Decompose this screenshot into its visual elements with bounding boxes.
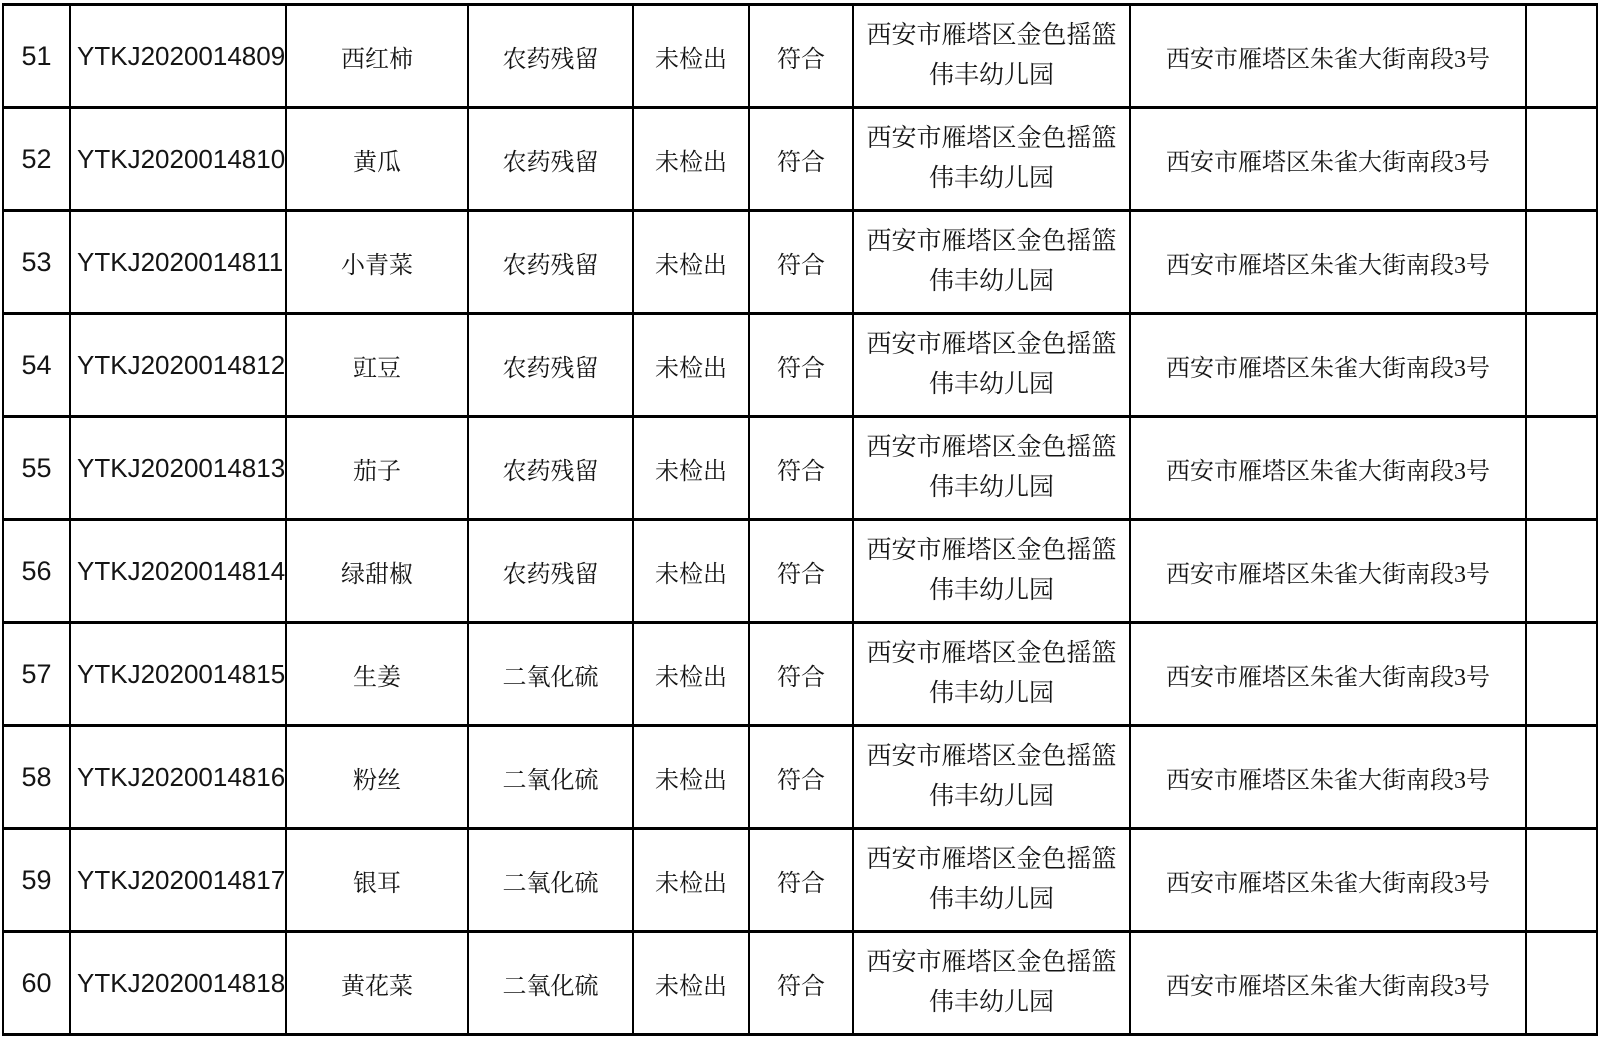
cell-result: 未检出	[633, 520, 749, 623]
cell-result: 未检出	[633, 829, 749, 932]
cell-test-item: 二氧化硫	[468, 623, 633, 726]
cell-test-item: 二氧化硫	[468, 829, 633, 932]
cell-extra	[1526, 211, 1597, 314]
cell-sample-name: 绿甜椒	[286, 520, 468, 623]
table-row: 60 YTKJ2020014818 黄花菜 二氧化硫 未检出 符合 西安市雁塔区…	[3, 932, 1597, 1035]
cell-sample-name: 银耳	[286, 829, 468, 932]
cell-sample-name: 小青菜	[286, 211, 468, 314]
cell-conclusion: 符合	[749, 5, 853, 108]
cell-result: 未检出	[633, 932, 749, 1035]
cell-organization: 西安市雁塔区金色摇篮伟丰幼儿园	[853, 5, 1130, 108]
cell-row-number: 52	[3, 108, 70, 211]
cell-sample-name: 西红柿	[286, 5, 468, 108]
table-body: 51 YTKJ2020014809 西红柿 农药残留 未检出 符合 西安市雁塔区…	[3, 5, 1597, 1035]
cell-address: 西安市雁塔区朱雀大街南段3号	[1130, 623, 1526, 726]
cell-sample-name: 生姜	[286, 623, 468, 726]
cell-row-number: 54	[3, 314, 70, 417]
cell-sample-code: YTKJ2020014817	[70, 829, 286, 932]
cell-address: 西安市雁塔区朱雀大街南段3号	[1130, 520, 1526, 623]
cell-extra	[1526, 417, 1597, 520]
cell-organization: 西安市雁塔区金色摇篮伟丰幼儿园	[853, 211, 1130, 314]
cell-organization: 西安市雁塔区金色摇篮伟丰幼儿园	[853, 314, 1130, 417]
cell-row-number: 53	[3, 211, 70, 314]
cell-sample-code: YTKJ2020014816	[70, 726, 286, 829]
cell-conclusion: 符合	[749, 314, 853, 417]
cell-row-number: 56	[3, 520, 70, 623]
table-row: 51 YTKJ2020014809 西红柿 农药残留 未检出 符合 西安市雁塔区…	[3, 5, 1597, 108]
cell-result: 未检出	[633, 623, 749, 726]
cell-address: 西安市雁塔区朱雀大街南段3号	[1130, 726, 1526, 829]
cell-sample-code: YTKJ2020014811	[70, 211, 286, 314]
cell-test-item: 农药残留	[468, 211, 633, 314]
cell-address: 西安市雁塔区朱雀大街南段3号	[1130, 211, 1526, 314]
cell-extra	[1526, 5, 1597, 108]
cell-conclusion: 符合	[749, 726, 853, 829]
inspection-results-table: 51 YTKJ2020014809 西红柿 农药残留 未检出 符合 西安市雁塔区…	[2, 3, 1598, 1036]
cell-test-item: 农药残留	[468, 520, 633, 623]
cell-row-number: 59	[3, 829, 70, 932]
cell-sample-name: 豇豆	[286, 314, 468, 417]
table-row: 57 YTKJ2020014815 生姜 二氧化硫 未检出 符合 西安市雁塔区金…	[3, 623, 1597, 726]
table-row: 59 YTKJ2020014817 银耳 二氧化硫 未检出 符合 西安市雁塔区金…	[3, 829, 1597, 932]
cell-result: 未检出	[633, 211, 749, 314]
cell-conclusion: 符合	[749, 417, 853, 520]
cell-result: 未检出	[633, 5, 749, 108]
table-row: 52 YTKJ2020014810 黄瓜 农药残留 未检出 符合 西安市雁塔区金…	[3, 108, 1597, 211]
cell-result: 未检出	[633, 314, 749, 417]
cell-address: 西安市雁塔区朱雀大街南段3号	[1130, 829, 1526, 932]
cell-address: 西安市雁塔区朱雀大街南段3号	[1130, 417, 1526, 520]
cell-conclusion: 符合	[749, 932, 853, 1035]
cell-test-item: 农药残留	[468, 314, 633, 417]
cell-result: 未检出	[633, 108, 749, 211]
cell-result: 未检出	[633, 726, 749, 829]
cell-address: 西安市雁塔区朱雀大街南段3号	[1130, 108, 1526, 211]
cell-test-item: 农药残留	[468, 417, 633, 520]
cell-sample-code: YTKJ2020014809	[70, 5, 286, 108]
cell-sample-code: YTKJ2020014815	[70, 623, 286, 726]
cell-address: 西安市雁塔区朱雀大街南段3号	[1130, 932, 1526, 1035]
cell-sample-code: YTKJ2020014810	[70, 108, 286, 211]
cell-row-number: 55	[3, 417, 70, 520]
cell-test-item: 农药残留	[468, 108, 633, 211]
cell-organization: 西安市雁塔区金色摇篮伟丰幼儿园	[853, 417, 1130, 520]
cell-test-item: 二氧化硫	[468, 726, 633, 829]
cell-extra	[1526, 314, 1597, 417]
cell-organization: 西安市雁塔区金色摇篮伟丰幼儿园	[853, 520, 1130, 623]
cell-organization: 西安市雁塔区金色摇篮伟丰幼儿园	[853, 108, 1130, 211]
cell-address: 西安市雁塔区朱雀大街南段3号	[1130, 314, 1526, 417]
cell-test-item: 二氧化硫	[468, 932, 633, 1035]
cell-conclusion: 符合	[749, 520, 853, 623]
document-page: 51 YTKJ2020014809 西红柿 农药残留 未检出 符合 西安市雁塔区…	[0, 0, 1600, 1040]
cell-organization: 西安市雁塔区金色摇篮伟丰幼儿园	[853, 623, 1130, 726]
cell-sample-code: YTKJ2020014818	[70, 932, 286, 1035]
cell-extra	[1526, 932, 1597, 1035]
cell-test-item: 农药残留	[468, 5, 633, 108]
cell-organization: 西安市雁塔区金色摇篮伟丰幼儿园	[853, 829, 1130, 932]
cell-row-number: 57	[3, 623, 70, 726]
cell-sample-code: YTKJ2020014812	[70, 314, 286, 417]
cell-organization: 西安市雁塔区金色摇篮伟丰幼儿园	[853, 932, 1130, 1035]
cell-extra	[1526, 623, 1597, 726]
cell-conclusion: 符合	[749, 211, 853, 314]
cell-extra	[1526, 108, 1597, 211]
cell-extra	[1526, 829, 1597, 932]
cell-result: 未检出	[633, 417, 749, 520]
cell-extra	[1526, 726, 1597, 829]
cell-extra	[1526, 520, 1597, 623]
cell-conclusion: 符合	[749, 829, 853, 932]
cell-sample-name: 黄瓜	[286, 108, 468, 211]
cell-sample-code: YTKJ2020014813	[70, 417, 286, 520]
cell-organization: 西安市雁塔区金色摇篮伟丰幼儿园	[853, 726, 1130, 829]
cell-sample-name: 茄子	[286, 417, 468, 520]
table-row: 53 YTKJ2020014811 小青菜 农药残留 未检出 符合 西安市雁塔区…	[3, 211, 1597, 314]
cell-sample-code: YTKJ2020014814	[70, 520, 286, 623]
table-row: 54 YTKJ2020014812 豇豆 农药残留 未检出 符合 西安市雁塔区金…	[3, 314, 1597, 417]
cell-row-number: 51	[3, 5, 70, 108]
cell-sample-name: 黄花菜	[286, 932, 468, 1035]
cell-conclusion: 符合	[749, 108, 853, 211]
cell-row-number: 58	[3, 726, 70, 829]
cell-sample-name: 粉丝	[286, 726, 468, 829]
cell-row-number: 60	[3, 932, 70, 1035]
table-row: 55 YTKJ2020014813 茄子 农药残留 未检出 符合 西安市雁塔区金…	[3, 417, 1597, 520]
table-row: 58 YTKJ2020014816 粉丝 二氧化硫 未检出 符合 西安市雁塔区金…	[3, 726, 1597, 829]
table-row: 56 YTKJ2020014814 绿甜椒 农药残留 未检出 符合 西安市雁塔区…	[3, 520, 1597, 623]
cell-conclusion: 符合	[749, 623, 853, 726]
cell-address: 西安市雁塔区朱雀大街南段3号	[1130, 5, 1526, 108]
